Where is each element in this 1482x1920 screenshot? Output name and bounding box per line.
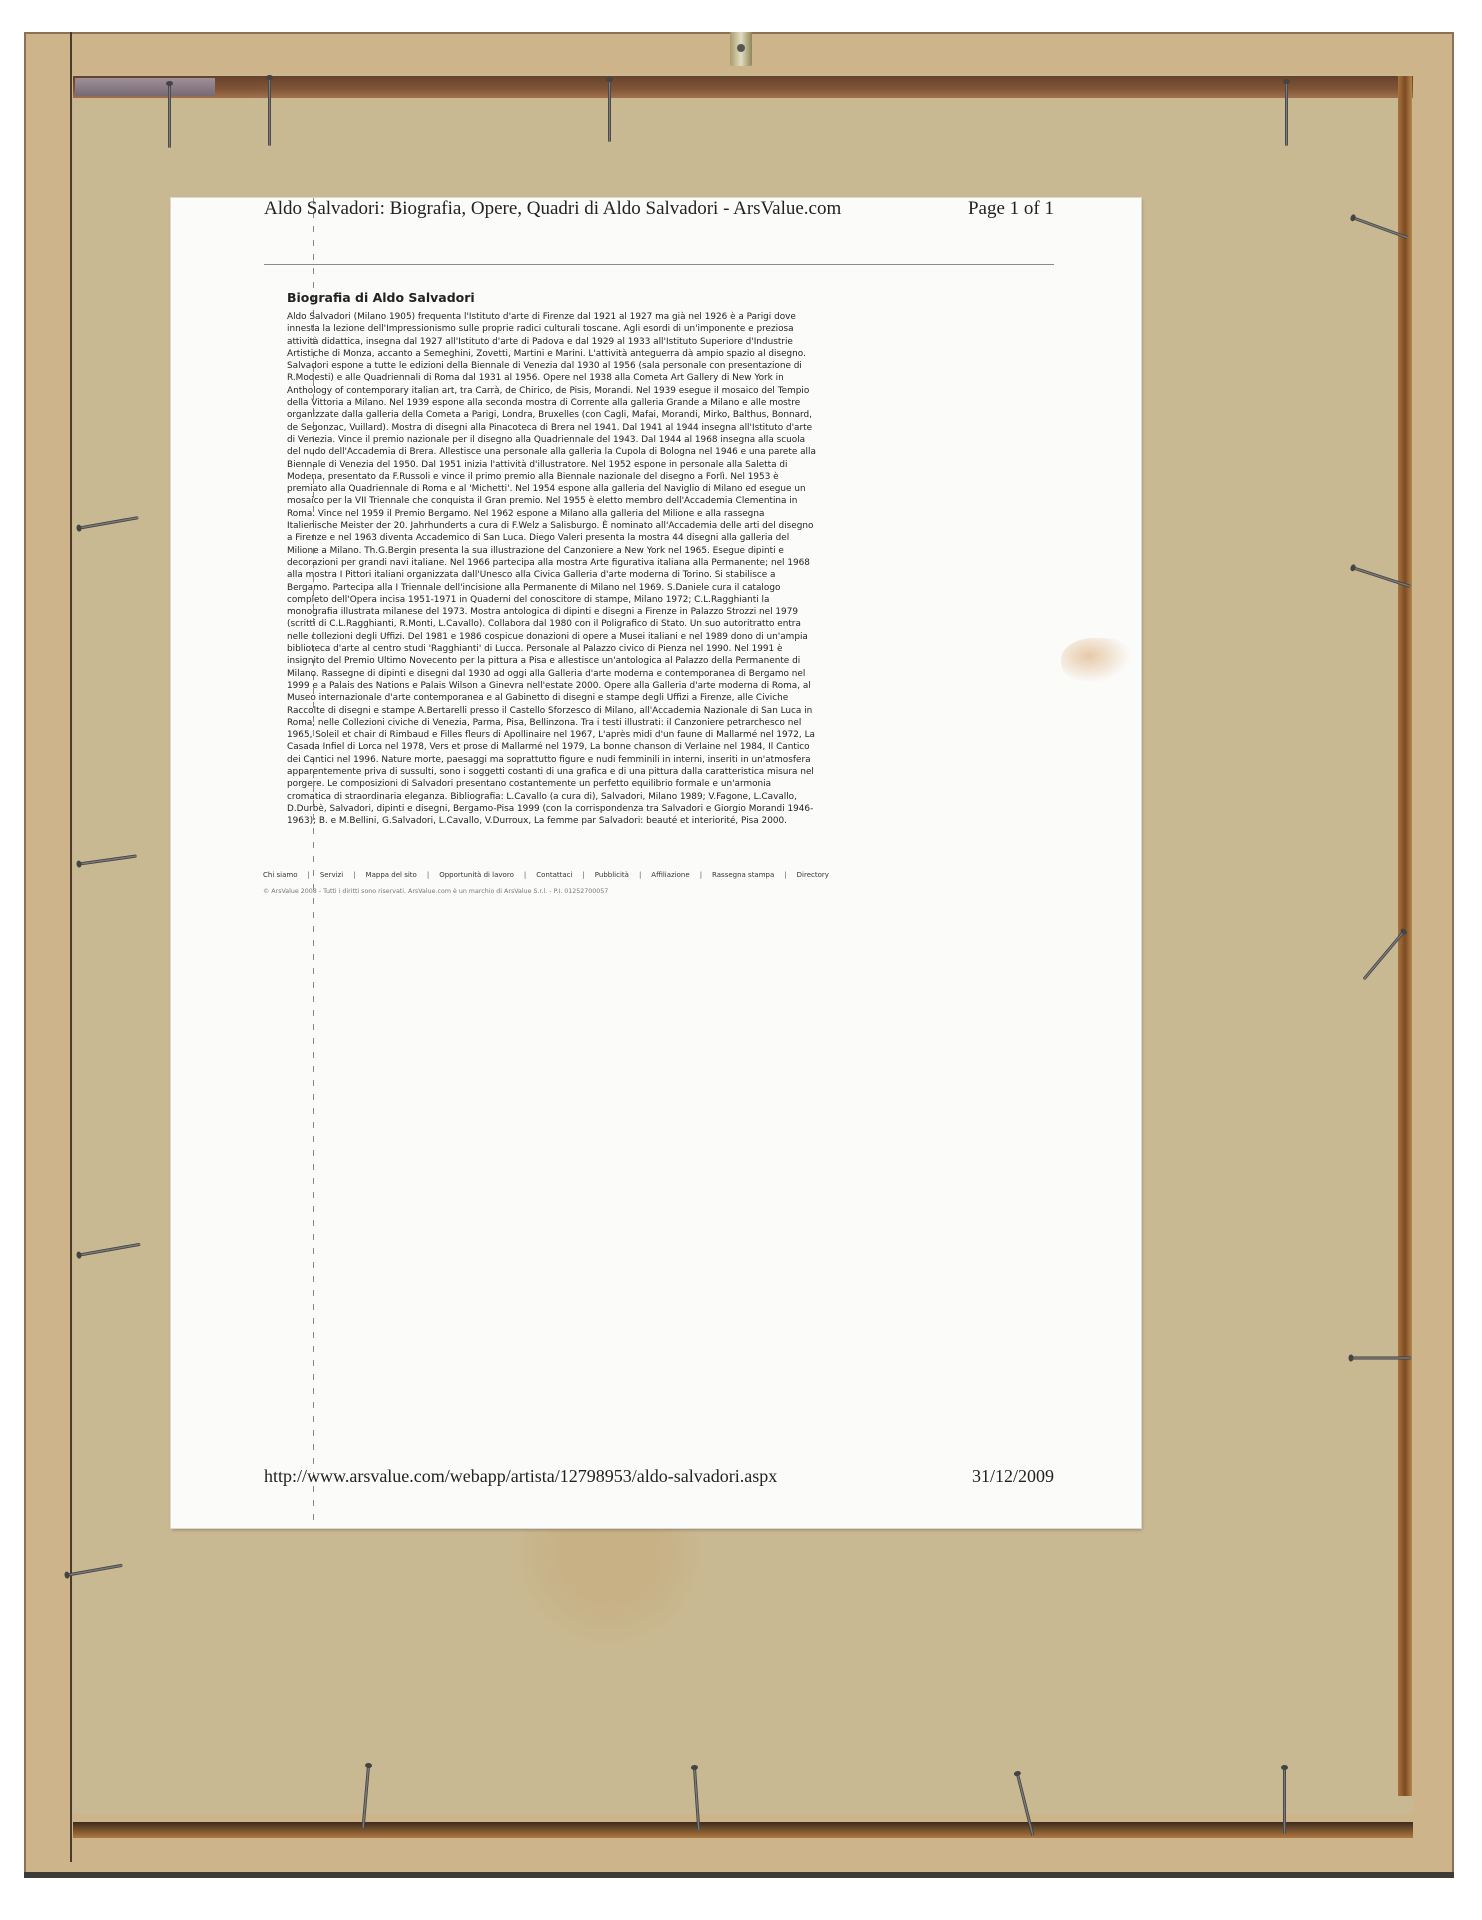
separator: | bbox=[307, 871, 309, 879]
footer-link-affiliazione[interactable]: Affiliazione bbox=[651, 871, 689, 879]
separator: | bbox=[524, 871, 526, 879]
print-page-title: Aldo Salvadori: Biografia, Opere, Quadri… bbox=[264, 198, 841, 220]
backing-top-edge bbox=[73, 76, 1413, 98]
nail-icon bbox=[1352, 1357, 1412, 1360]
stain-mark bbox=[1061, 638, 1131, 683]
separator: | bbox=[582, 871, 584, 879]
print-footer: http://www.arsvalue.com/webapp/artista/1… bbox=[264, 1466, 1054, 1490]
print-header: Aldo Salvadori: Biografia, Opere, Quadri… bbox=[264, 198, 1054, 228]
biography-text: Aldo Salvadori (Milano 1905) frequenta l… bbox=[287, 311, 817, 827]
separator: | bbox=[427, 871, 429, 879]
nail-icon bbox=[1285, 82, 1288, 146]
nail-icon bbox=[268, 78, 271, 146]
footer-link-lavoro[interactable]: Opportunità di lavoro bbox=[439, 871, 514, 879]
print-url: http://www.arsvalue.com/webapp/artista/1… bbox=[264, 1466, 777, 1487]
hanger-bracket-icon bbox=[730, 32, 752, 66]
foil-strip bbox=[75, 78, 215, 96]
footer-links: Chi siamo| Servizi| Mappa del sito| Oppo… bbox=[263, 871, 829, 879]
printed-page: Aldo Salvadori: Biografia, Opere, Quadri… bbox=[171, 198, 1141, 1528]
frame-inner-edge bbox=[70, 32, 72, 1862]
separator: | bbox=[784, 871, 786, 879]
print-page-number: Page 1 of 1 bbox=[968, 198, 1054, 220]
footer-link-contattaci[interactable]: Contattaci bbox=[536, 871, 572, 879]
footer-link-rassegna[interactable]: Rassegna stampa bbox=[712, 871, 774, 879]
separator: | bbox=[639, 871, 641, 879]
nail-icon bbox=[1283, 1768, 1286, 1834]
copyright-notice: © ArsValue 2008 - Tutti i diritti sono r… bbox=[263, 888, 608, 895]
footer-link-mappa[interactable]: Mappa del sito bbox=[366, 871, 417, 879]
footer-link-servizi[interactable]: Servizi bbox=[320, 871, 343, 879]
footer-link-chi-siamo[interactable]: Chi siamo bbox=[263, 871, 297, 879]
separator: | bbox=[700, 871, 702, 879]
separator: | bbox=[353, 871, 355, 879]
footer-link-directory[interactable]: Directory bbox=[797, 871, 829, 879]
biography-section: Biografia di Aldo Salvadori Aldo Salvado… bbox=[287, 290, 817, 827]
biography-heading: Biografia di Aldo Salvadori bbox=[287, 290, 817, 305]
nail-icon bbox=[168, 84, 171, 148]
nail-icon bbox=[608, 80, 611, 142]
print-date: 31/12/2009 bbox=[972, 1466, 1054, 1487]
footer-link-pubblicita[interactable]: Pubblicità bbox=[595, 871, 629, 879]
header-divider bbox=[264, 264, 1054, 265]
backing-bottom-edge bbox=[73, 1822, 1413, 1838]
